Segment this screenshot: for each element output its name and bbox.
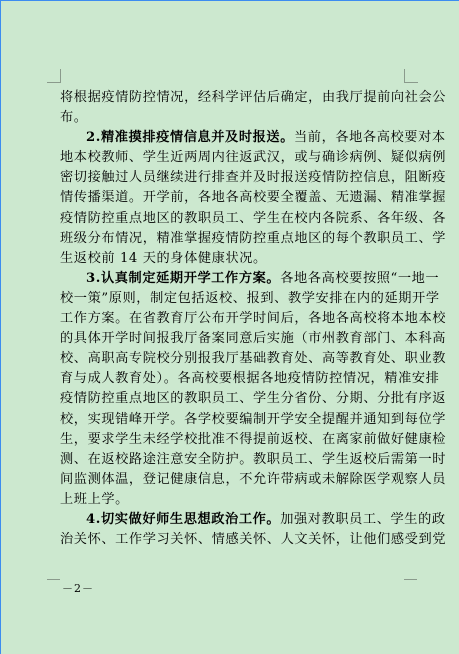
text-line: 育与成人教育处）。各高校要根据各地疫情防控情况，精准安排 bbox=[60, 369, 404, 389]
section-heading: 4.切实做好师生思想政治工作。 bbox=[86, 512, 280, 527]
line-text: 各地各高校要按照“一地一 bbox=[280, 271, 439, 286]
text-line: 校一策”原则，制定包括返校、报到、教学安排在内的延期开学 bbox=[60, 289, 404, 309]
text-line: 间监测体温，登记健康信息，不允许带病或未解除医学观察人员 bbox=[60, 470, 404, 490]
line-text: 的具体开学时间报我厅备案同意后实施（市州教育部门、本科高 bbox=[60, 331, 446, 346]
line-text: 生，要求学生未经学校批准不得提前返校、在离家前做好健康检 bbox=[60, 432, 446, 447]
line-text: 班级分布情况，精准掌握疫情防控重点地区的每个教职员工、学 bbox=[60, 231, 446, 246]
window-left-border bbox=[0, 0, 1, 654]
line-text: 将根据疫情防控情况，经科学评估后确定，由我厅提前向社会公 bbox=[60, 90, 446, 105]
line-text: 加强对教职员工、学生的政 bbox=[280, 512, 445, 527]
text-line: 工作方案。在省教育厅公布开学时间后，各地各高校将本地本校 bbox=[60, 309, 404, 329]
line-text: 密切接触过人员继续进行排查并及时报送疫情防控信息，阻断疫 bbox=[60, 170, 446, 185]
paragraph-heading-line: 2.精准摸排疫情信息并及时报送。当前，各地各高校要对本 bbox=[60, 128, 404, 148]
text-line: 治关怀、工作学习关怀、情感关怀、人文关怀，让他们感受到党 bbox=[60, 530, 404, 550]
text-line: 生，要求学生未经学校批准不得提前返校、在离家前做好健康检 bbox=[60, 430, 404, 450]
margin-marker-top-right bbox=[404, 69, 418, 83]
window-top-border bbox=[0, 0, 459, 1]
text-line: 班级分布情况，精准掌握疫情防控重点地区的每个教职员工、学 bbox=[60, 229, 404, 249]
text-line: 上班上学。 bbox=[60, 490, 404, 510]
line-text: 育与成人教育处）。各高校要根据各地疫情防控情况，精准安排 bbox=[60, 371, 439, 386]
text-line: 生返校前 14 天的身体健康状况。 bbox=[60, 249, 404, 269]
line-text: 疫情防控重点地区的教职员工、学生分省份、分期、分批有序返 bbox=[60, 391, 446, 406]
text-line: 密切接触过人员继续进行排查并及时报送疫情防控信息，阻断疫 bbox=[60, 168, 404, 188]
line-text: 校，实现错峰开学。各学校要编制开学安全提醒并通知到每位学 bbox=[60, 412, 446, 427]
line-text: 工作方案。在省教育厅公布开学时间后，各地各高校将本地本校 bbox=[60, 311, 446, 326]
line-text: 情传播渠道。开学前，各地各高校要全覆盖、无遗漏、精准掌握 bbox=[60, 190, 446, 205]
text-line: 情传播渠道。开学前，各地各高校要全覆盖、无遗漏、精准掌握 bbox=[60, 188, 404, 208]
margin-marker-top-left bbox=[47, 69, 61, 83]
line-text: 测、在返校路途注意安全防护。教职员工、学生返校后需第一时 bbox=[60, 452, 446, 467]
line-text: 校、高职高专院校分别报我厅基础教育处、高等教育处、职业教 bbox=[60, 351, 446, 366]
text-line: 疫情防控重点地区的教职员工、学生分省份、分期、分批有序返 bbox=[60, 389, 404, 409]
line-text: 疫情防控重点地区的教职员工、学生在校内各院系、各年级、各 bbox=[60, 211, 446, 226]
line-text: 布。 bbox=[60, 110, 88, 125]
line-text: 间监测体温，登记健康信息，不允许带病或未解除医学观察人员 bbox=[60, 472, 446, 487]
text-line: 地本校教师、学生近两周内往返武汉，或与确诊病例、疑似病例 bbox=[60, 148, 404, 168]
section-heading: 3.认真制定延期开学工作方案。 bbox=[86, 271, 280, 286]
margin-marker-bottom-right bbox=[404, 579, 417, 580]
line-text: 生返校前 14 天的身体健康状况。 bbox=[60, 251, 267, 266]
text-line: 校、高职高专院校分别报我厅基础教育处、高等教育处、职业教 bbox=[60, 349, 404, 369]
document-body[interactable]: 将根据疫情防控情况，经科学评估后确定，由我厅提前向社会公布。2.精准摸排疫情信息… bbox=[60, 88, 404, 550]
text-line: 校，实现错峰开学。各学校要编制开学安全提醒并通知到每位学 bbox=[60, 410, 404, 430]
line-text: 校一策”原则，制定包括返校、报到、教学安排在内的延期开学 bbox=[60, 291, 440, 306]
section-heading: 2.精准摸排疫情信息并及时报送。 bbox=[86, 130, 294, 145]
text-line: 将根据疫情防控情况，经科学评估后确定，由我厅提前向社会公 bbox=[60, 88, 404, 108]
text-line: 测、在返校路途注意安全防护。教职员工、学生返校后需第一时 bbox=[60, 450, 404, 470]
line-text: 上班上学。 bbox=[60, 492, 129, 507]
margin-marker-bottom-left bbox=[47, 579, 60, 580]
paragraph-heading-line: 3.认真制定延期开学工作方案。各地各高校要按照“一地一 bbox=[60, 269, 404, 289]
text-line: 疫情防控重点地区的教职员工、学生在校内各院系、各年级、各 bbox=[60, 209, 404, 229]
paragraph-heading-line: 4.切实做好师生思想政治工作。加强对教职员工、学生的政 bbox=[60, 510, 404, 530]
page-number: －2－ bbox=[62, 580, 94, 596]
line-text: 当前，各地各高校要对本 bbox=[294, 130, 446, 145]
text-line: 布。 bbox=[60, 108, 404, 128]
line-text: 治关怀、工作学习关怀、情感关怀、人文关怀，让他们感受到党 bbox=[60, 532, 446, 547]
line-text: 地本校教师、学生近两周内往返武汉，或与确诊病例、疑似病例 bbox=[60, 150, 446, 165]
text-line: 的具体开学时间报我厅备案同意后实施（市州教育部门、本科高 bbox=[60, 329, 404, 349]
